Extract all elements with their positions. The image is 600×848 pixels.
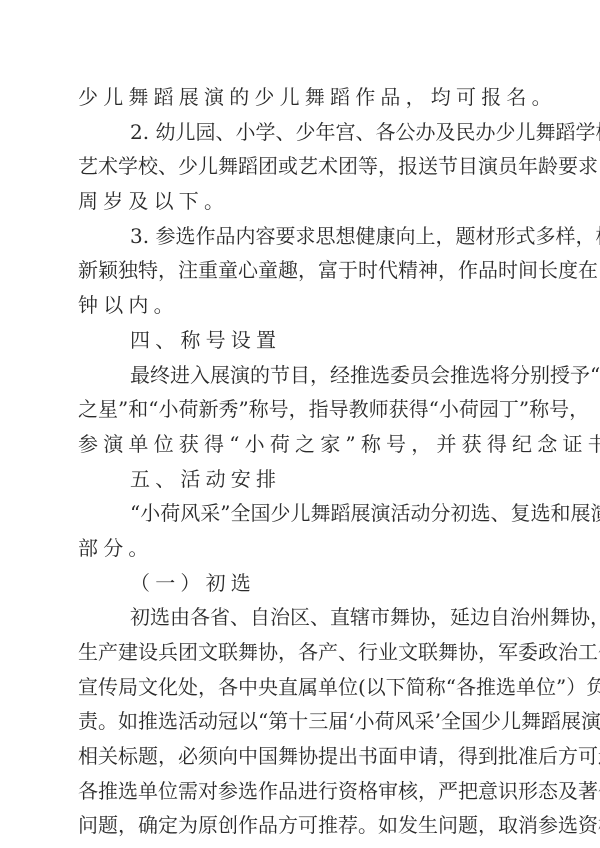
paragraph-line: 艺术学校、少儿舞蹈团或艺术团等，报送节目演员年龄要求 15	[78, 149, 522, 184]
section-heading: 五、活动安排	[78, 462, 526, 497]
document-body: 少儿舞蹈展演的少儿舞蹈作品，均可报名。 2. 幼儿园、小学、少年宫、各公办及民办…	[78, 80, 526, 843]
paragraph-line: 问题，确定为原创作品方可推荐。如发生问题，取消参选资格。	[78, 808, 522, 843]
paragraph-line: 生产建设兵团文联舞协，各产、行业文联舞协，军委政治工作部	[78, 635, 522, 670]
paragraph-line: 初选由各省、自治区、直辖市舞协，延边自治州舞协，新疆	[78, 600, 522, 635]
paragraph-line: 责。如推选活动冠以“第十三届‘小荷风采’全国少儿舞蹈展演”	[78, 704, 522, 739]
subsection-heading: （一）初选	[78, 566, 526, 601]
paragraph-line: 2. 幼儿园、小学、少年宫、各公办及民办少儿舞蹈学校或	[78, 115, 522, 150]
paragraph-line: 新颖独特，注重童心童趣，富于时代精神，作品时间长度在 5 分	[78, 253, 522, 288]
paragraph-line: 相关标题，必须向中国舞协提出书面申请，得到批准后方可进行。	[78, 739, 522, 774]
paragraph-line: 3. 参选作品内容要求思想健康向上，题材形式多样，构思	[78, 219, 522, 254]
paragraph-line: 各推选单位需对参选作品进行资格审核，严把意识形态及著作权	[78, 774, 522, 809]
paragraph-line: 宣传局文化处，各中央直属单位(以下简称“各推选单位”）负	[78, 670, 522, 705]
paragraph-line: “小荷风采”全国少儿舞蹈展演活动分初选、复选和展演三	[78, 496, 522, 531]
paragraph-line: 钟以内。	[78, 288, 526, 323]
section-heading: 四、称号设置	[78, 323, 526, 358]
paragraph-line: 周岁及以下。	[78, 184, 526, 219]
document-page: 少儿舞蹈展演的少儿舞蹈作品，均可报名。 2. 幼儿园、小学、少年宫、各公办及民办…	[0, 0, 600, 848]
paragraph-line: 最终进入展演的节目，经推选委员会推选将分别授予“小荷	[78, 358, 522, 393]
paragraph-line: 少儿舞蹈展演的少儿舞蹈作品，均可报名。	[78, 80, 526, 115]
paragraph-line: 参演单位获得“小荷之家”称号，并获得纪念证书。	[78, 427, 526, 462]
paragraph-line: 部分。	[78, 531, 526, 566]
paragraph-line: 之星”和“小荷新秀”称号，指导教师获得“小荷园丁”称号，	[78, 392, 522, 427]
